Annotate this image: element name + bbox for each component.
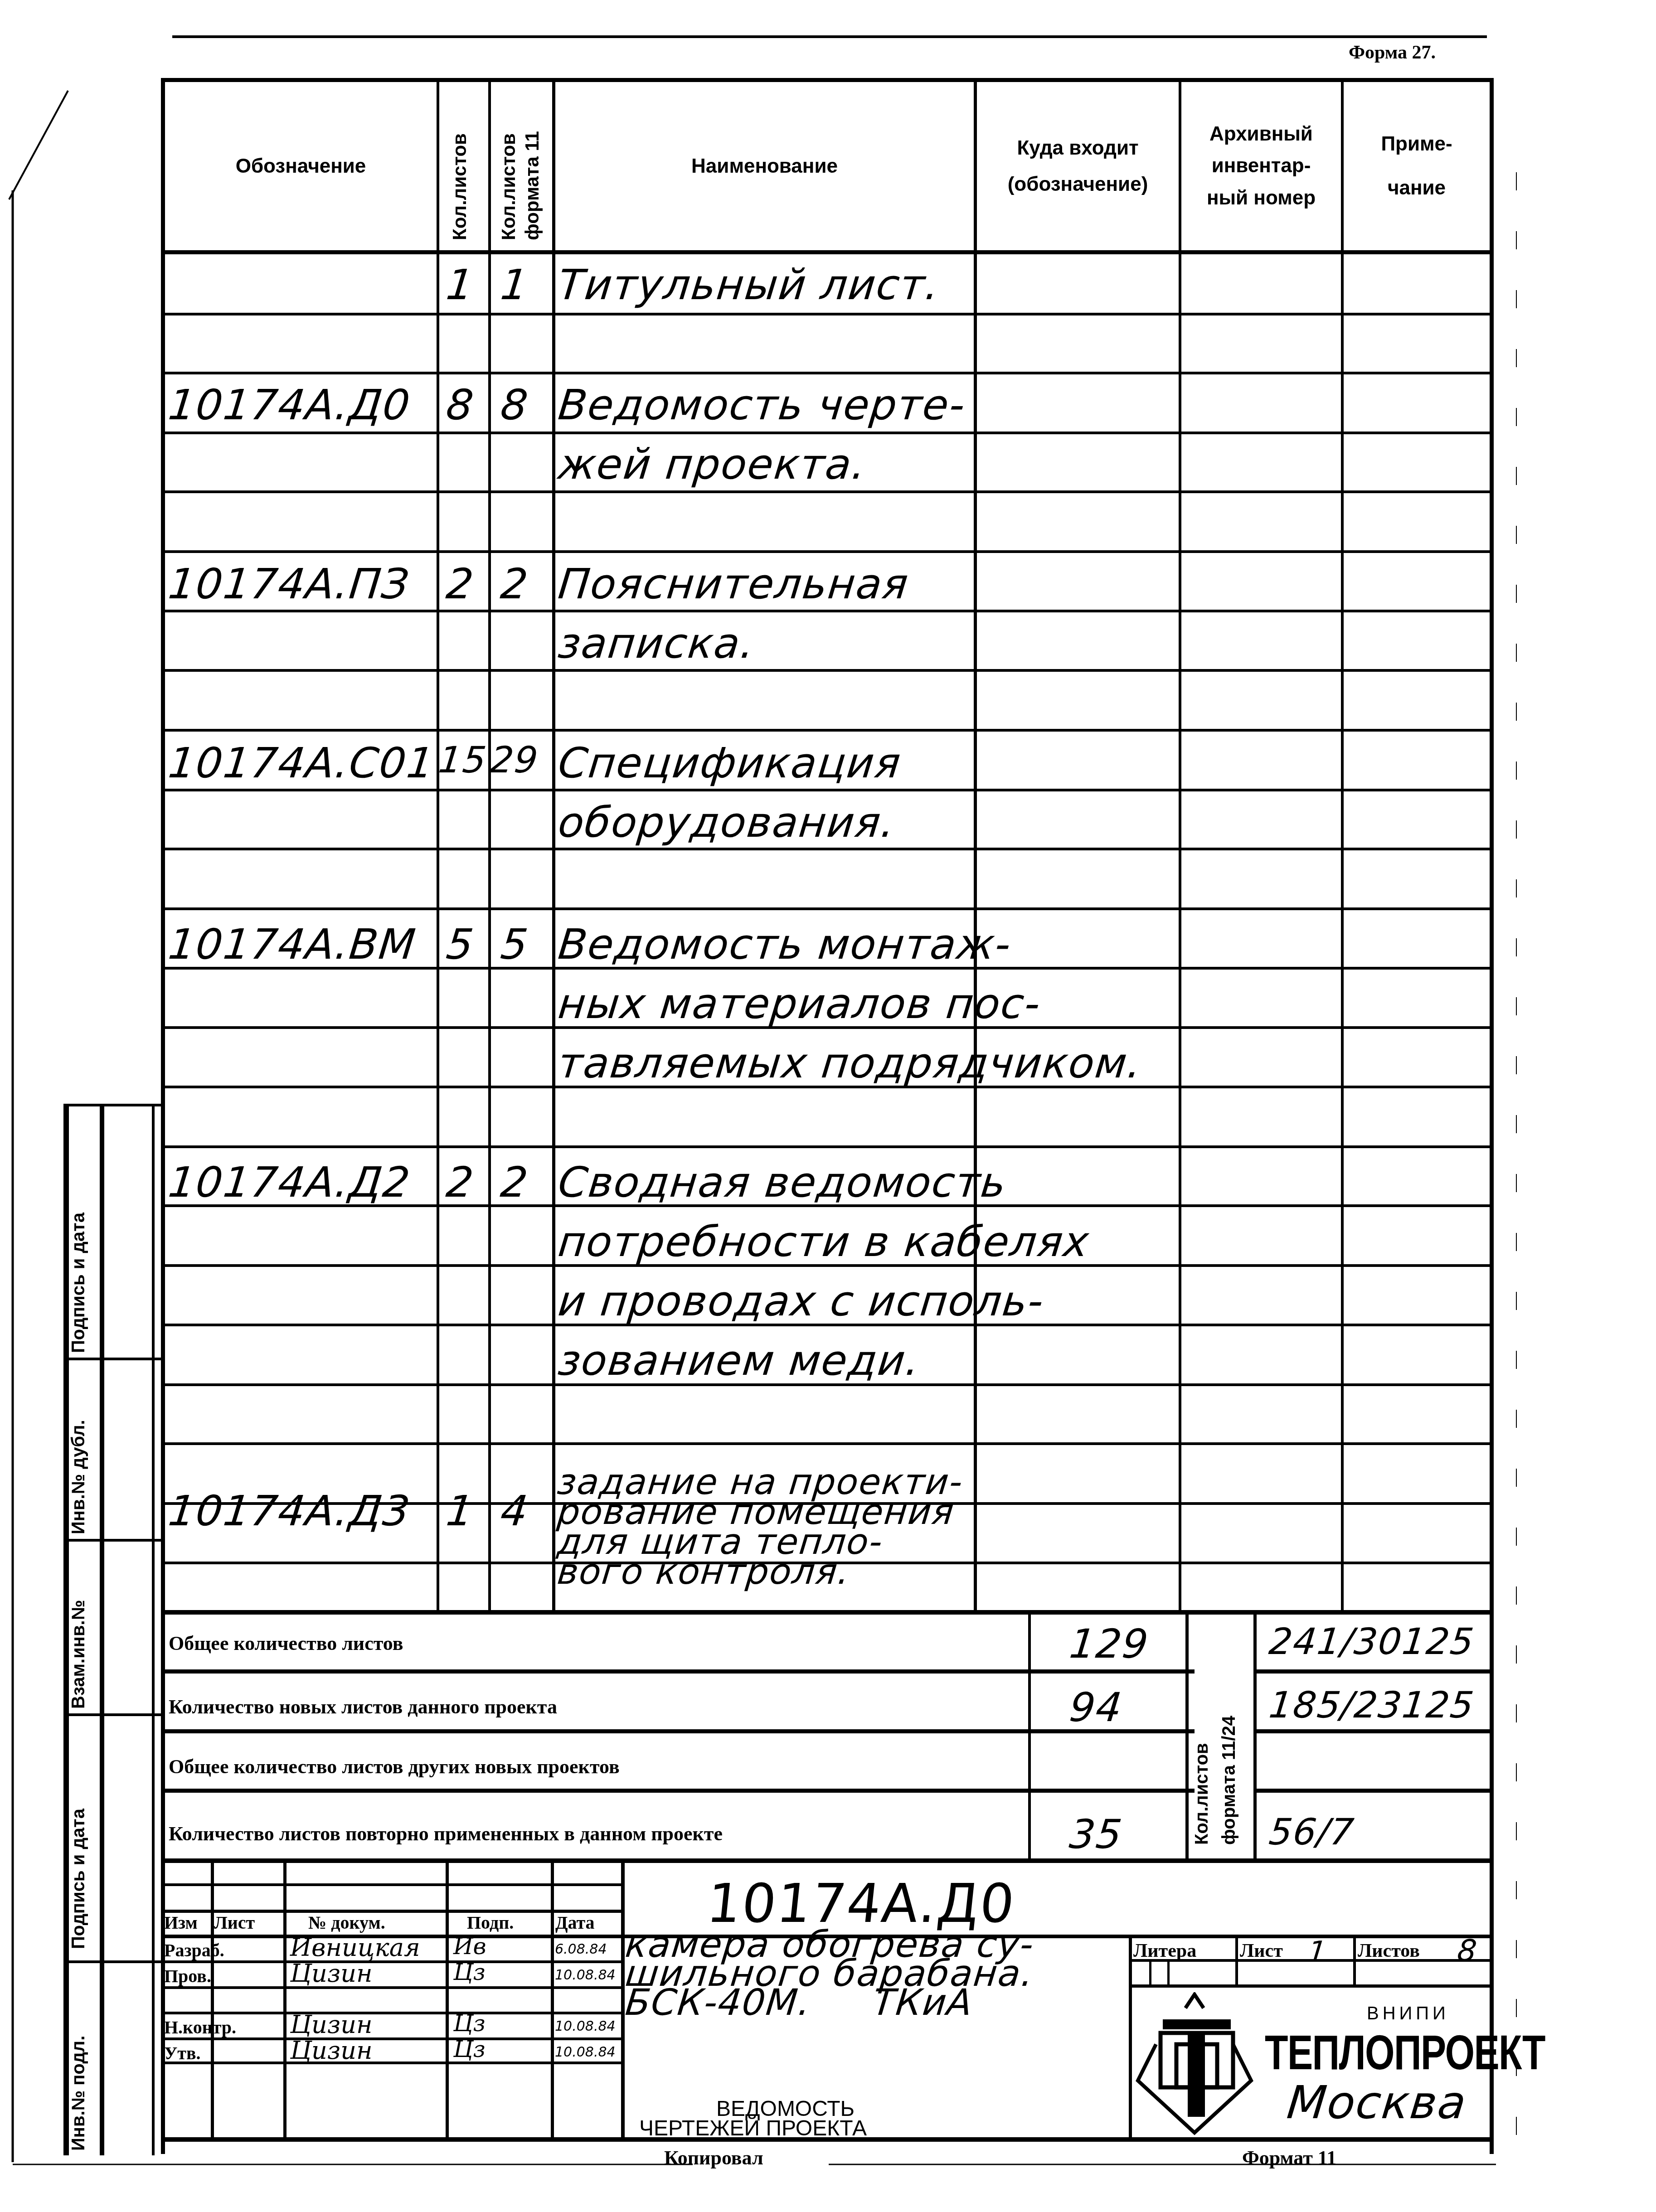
row-name-line: вого контроля.: [555, 1552, 852, 1592]
header-note-line1: Приме-: [1381, 122, 1452, 166]
tb-person-role: Н.контр.: [164, 2017, 236, 2038]
row-sheets-f11: 1: [498, 261, 531, 309]
top-border-line: [172, 35, 1487, 38]
row-divider: [161, 789, 1494, 791]
form-label: Форма 27.: [1349, 42, 1436, 63]
row-name-line: Сводная ведомость: [556, 1158, 1009, 1207]
tb-org-line1: ВНИПИ: [1367, 2003, 1449, 2024]
summary-label: Количество листов повторно примененных в…: [169, 1822, 723, 1845]
row-sheets-f11: 5: [498, 920, 531, 969]
tb-litera-label: Литера: [1133, 1940, 1196, 1962]
summary-f11-header-line1: Кол.листов: [1192, 1743, 1211, 1845]
row-sheets-f11: 4: [498, 1487, 531, 1535]
summary-f11-header-line2: формата 11/24: [1219, 1716, 1238, 1845]
summary-label: Общее количество листов: [169, 1632, 403, 1655]
row-divider: [161, 729, 1494, 732]
tb-person-date: 10.08.84: [555, 2018, 616, 2034]
row-sheets-count: 5: [444, 920, 476, 969]
row-name-line: Спецификация: [556, 739, 903, 787]
row-sheets-count: 2: [444, 560, 476, 608]
row-name-line: Ведомость черте-: [556, 381, 968, 429]
side-stamp-replace-inv: Взам.инв.№: [69, 1600, 88, 1709]
row-divider: [161, 432, 1494, 434]
tb-org-line2: ТЕПЛОПРОЕКТ: [1265, 2024, 1545, 2081]
row-sheets-count: 15: [437, 739, 489, 781]
tb-person-name: Цизин: [290, 1959, 373, 1988]
tb-doc-title-line2: ЧЕРТЕЖЕЙ ПРОЕКТА: [639, 2116, 867, 2141]
header-sheets-f11-line1: Кол.листов: [499, 133, 519, 240]
row-designation: 10174А.Д0: [166, 381, 413, 429]
header-archive-line2: инвентар-: [1212, 150, 1311, 182]
side-stamp-sign-date-2: Подпись и дата: [69, 1213, 88, 1353]
row-sheets-f11: 29: [488, 739, 541, 781]
row-divider: [161, 610, 1494, 612]
tb-header-doc: № докум.: [308, 1912, 385, 1933]
summary-value: 94: [1068, 1684, 1125, 1731]
row-name-line: тавляемых подрядчиком.: [556, 1039, 1144, 1087]
tb-person-signature: Цз: [453, 1959, 486, 1985]
row-designation: 10174А.ПЗ: [166, 560, 412, 608]
row-divider: [161, 550, 1494, 553]
header-designation: Обозначение: [165, 82, 437, 250]
tb-person-role: Пров.: [164, 1965, 211, 1987]
tb-person-name: Цизин: [290, 2010, 373, 2039]
tb-person-role: Утв.: [164, 2042, 201, 2064]
row-divider: [161, 490, 1494, 493]
tb-person-role: Разраб.: [164, 1940, 224, 1961]
header-archive-line3: ный номер: [1207, 182, 1316, 214]
row-name-line: и проводах с исполь-: [556, 1277, 1046, 1325]
summary-value: 35: [1068, 1811, 1125, 1858]
summary-f11-value: 185/23125: [1267, 1684, 1476, 1726]
tb-header-izm: Изм: [164, 1912, 198, 1933]
row-sheets-count: 1: [444, 1487, 476, 1535]
row-designation: 10174А.ВМ: [166, 920, 418, 969]
row-name-line: жей проекта.: [556, 440, 869, 489]
tb-person-name: Цизин: [290, 2036, 373, 2065]
tb-sheets-label: Листов: [1358, 1940, 1420, 1962]
footer-copied: Копировал: [664, 2146, 763, 2169]
tb-object-line3: БСК-40М. ТКиА: [624, 1988, 975, 2017]
row-name-line: зованием меди.: [556, 1336, 923, 1385]
row-name-line: Пояснительная: [556, 560, 911, 608]
row-designation: 10174А.Д3: [166, 1487, 413, 1535]
header-belongs-to: Куда входит (обозначение): [977, 82, 1179, 250]
row-divider: [161, 669, 1494, 672]
summary-f11-value: 56/7: [1267, 1811, 1356, 1853]
tb-header-sign: Подп.: [467, 1912, 514, 1933]
tb-sheet-value: 1: [1306, 1935, 1329, 1969]
row-name-line: ных материалов пос-: [556, 980, 1043, 1028]
summary-value: 129: [1068, 1620, 1151, 1667]
header-archive-number: Архивный инвентар- ный номер: [1181, 82, 1341, 250]
row-designation: 10174А.Д2: [166, 1158, 413, 1207]
side-stamp-inv-original: Инв.№ подл.: [69, 2036, 88, 2151]
row-divider: [161, 372, 1494, 374]
side-stamp-sign-date-1: Подпись и дата: [69, 1809, 88, 1949]
summary-f11-value: 241/30125: [1267, 1620, 1476, 1663]
row-designation: 10174А.С01: [166, 739, 437, 787]
tb-person-signature: Ив: [453, 1933, 486, 1960]
tb-person-signature: Цз: [453, 2036, 486, 2062]
footer-format: Формат 11: [1242, 2146, 1336, 2169]
tb-person-date: 6.08.84: [555, 1941, 607, 1957]
header-belongs-to-line1: Куда входит: [1017, 130, 1138, 166]
row-sheets-count: 8: [444, 381, 476, 429]
tb-header-date: Дата: [555, 1912, 595, 1933]
row-divider: [161, 848, 1494, 850]
row-divider: [161, 1145, 1494, 1148]
row-name-line: Титульный лист.: [556, 261, 942, 309]
row-sheets-f11: 2: [498, 1158, 531, 1207]
summary-label: Общее количество листов других новых про…: [169, 1755, 620, 1778]
tb-person-date: 10.08.84: [555, 2044, 616, 2060]
tb-header-list: Лист: [214, 1912, 255, 1933]
row-name-line: Ведомость монтаж-: [556, 920, 1014, 969]
tb-person-date: 10.08.84: [555, 1967, 616, 1983]
row-name-line: потребности в кабелях: [556, 1218, 1092, 1266]
summary-label: Количество новых листов данного проекта: [169, 1695, 557, 1718]
side-stamp-inv-duplicate: Инв.№ дубл.: [69, 1420, 88, 1534]
header-sheets-count: Кол.листов: [450, 133, 470, 240]
header-name: Наименование: [555, 82, 974, 250]
header-note-line2: чание: [1388, 166, 1446, 210]
header-belongs-to-line2: (обозначение): [1008, 166, 1148, 202]
tb-org-city: Москва: [1285, 2076, 1469, 2129]
row-sheets-count: 2: [444, 1158, 476, 1207]
tb-sheets-value: 8: [1456, 1933, 1479, 1968]
row-divider: [161, 1442, 1494, 1445]
tb-person-signature: Цз: [453, 2010, 486, 2037]
teploproekt-logo-icon: [1136, 1992, 1258, 2137]
row-sheets-f11: 2: [498, 560, 531, 608]
tb-sheet-label: Лист: [1240, 1940, 1283, 1962]
row-divider: [161, 313, 1494, 315]
row-divider: [161, 907, 1494, 910]
header-archive-line1: Архивный: [1209, 118, 1313, 150]
row-name-line: записка.: [556, 619, 757, 668]
tb-person-name: Ивницкая: [290, 1933, 420, 1962]
row-sheets-f11: 8: [498, 381, 531, 429]
header-sheets-f11-line2: формата 11: [522, 131, 542, 240]
row-sheets-count: 1: [444, 261, 476, 309]
row-name-line: оборудования.: [556, 798, 898, 847]
header-note: Приме- чание: [1344, 82, 1490, 250]
